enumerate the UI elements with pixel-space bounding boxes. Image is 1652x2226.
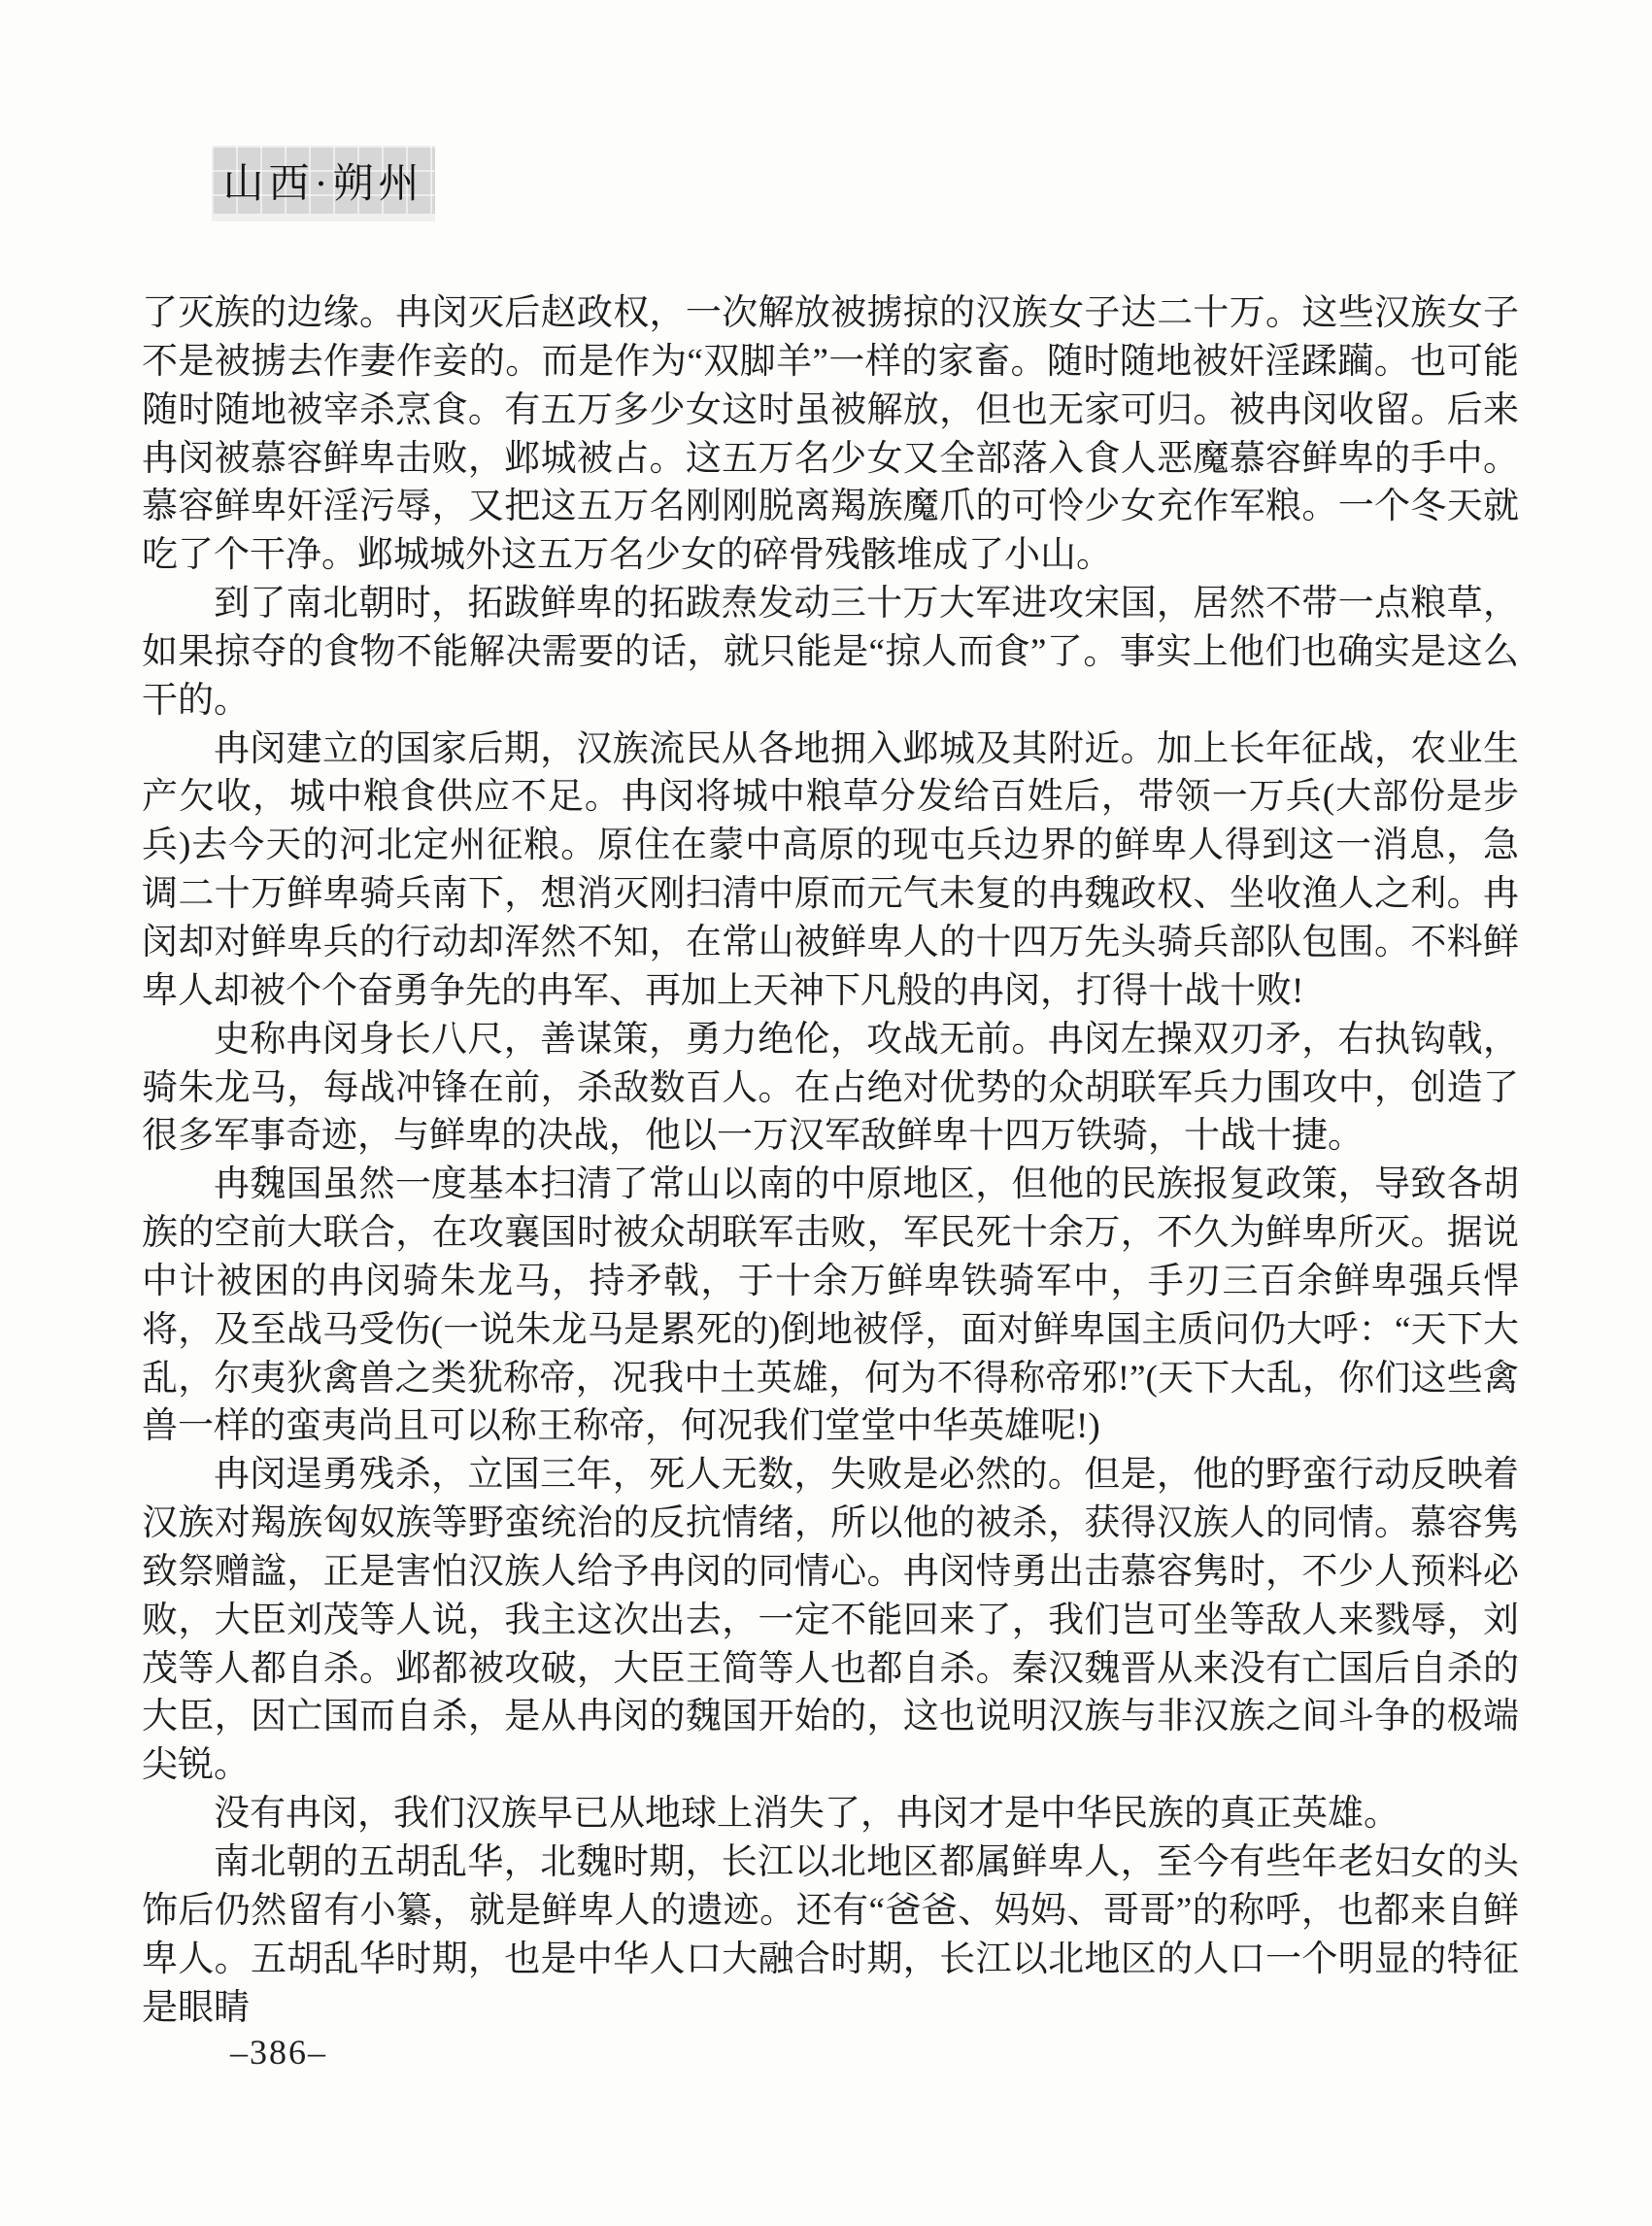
paragraph-continuation: 了灭族的边缘。冉闵灭后赵政权，一次解放被掳掠的汉族女子达二十万。这些汉族女子不是… [142, 289, 1519, 580]
paragraph: 冉魏国虽然一度基本扫清了常山以南的中原地区，但他的民族报复政策，导致各胡族的空前… [142, 1161, 1519, 1451]
page-body-text: 了灭族的边缘。冉闵灭后赵政权，一次解放被掳掠的汉族女子达二十万。这些汉族女子不是… [142, 289, 1519, 2032]
paragraph: 冉闵逞勇残杀，立国三年，死人无数，失败是必然的。但是，他的野蛮行动反映着汉族对羯… [142, 1451, 1519, 1790]
paragraph: 没有冉闵，我们汉族早已从地球上消失了，冉闵才是中华民族的真正英雄。 [142, 1790, 1519, 1838]
region-header-label: 山西·朔州 [223, 152, 424, 210]
paragraph: 到了南北朝时，拓跋鲜卑的拓跋焘发动三十万大军进攻宋国，居然不带一点粮草，如果掠夺… [142, 580, 1519, 725]
paragraph: 史称冉闵身长八尺，善谋策，勇力绝伦，攻战无前。冉闵左操双刃矛，右执钩戟，骑朱龙马… [142, 1016, 1519, 1162]
region-header-badge: 山西·朔州 [212, 146, 435, 214]
paragraph: 冉闵建立的国家后期，汉族流民从各地拥入邺城及其附近。加上长年征战，农业生产欠收，… [142, 725, 1519, 1016]
page-number: –386– [230, 2032, 327, 2073]
scanned-book-page: 山西·朔州 了灭族的边缘。冉闵灭后赵政权，一次解放被掳掠的汉族女子达二十万。这些… [0, 0, 1652, 2226]
paragraph: 南北朝的五胡乱华，北魏时期，长江以北地区都属鲜卑人，至今有些年老妇女的头饰后仍然… [142, 1838, 1519, 2032]
